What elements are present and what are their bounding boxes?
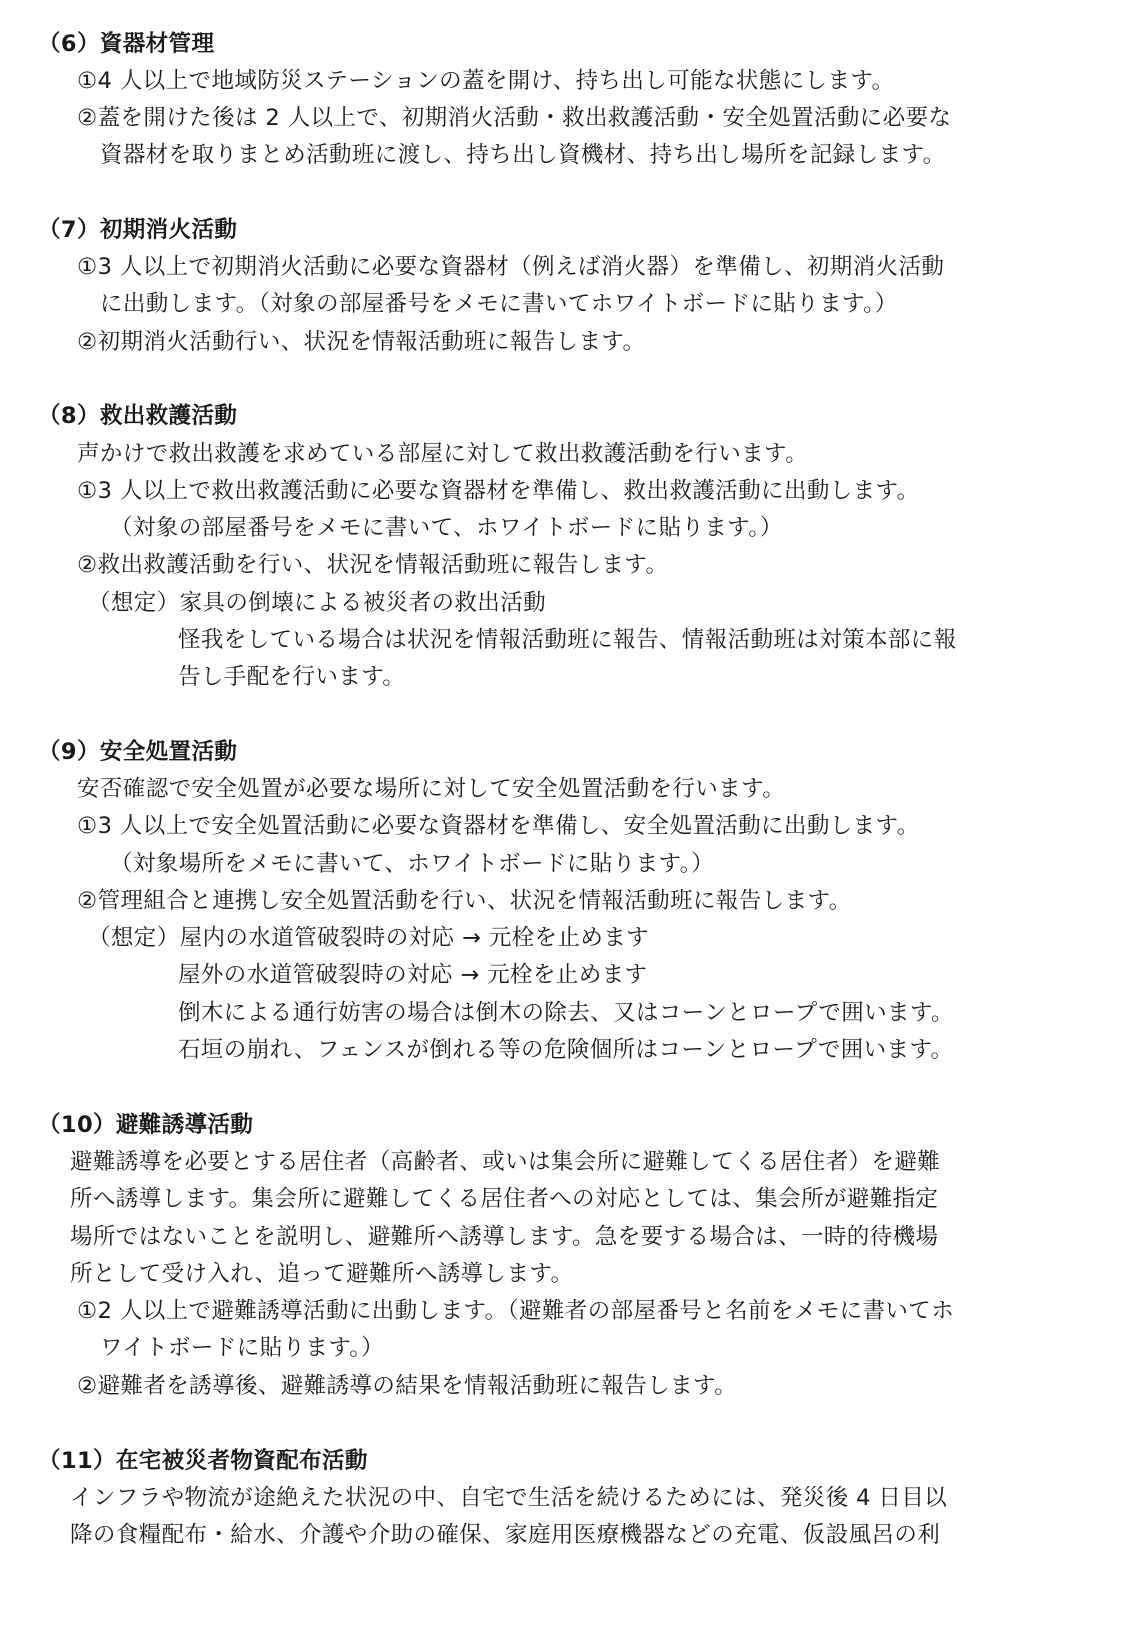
section-heading-11: （11）在宅被災者物資配布活動 bbox=[38, 1446, 368, 1476]
section-11-line-2: 降の食糧配布・給水、介護や介助の確保、家庭用医療機器などの充電、仮設風呂の利 bbox=[70, 1520, 940, 1550]
section-6-line-1: ①4 人以上で地域防災ステーションの蓋を開け、持ち出し可能な状態にします。 bbox=[77, 66, 894, 96]
section-8-line-2: ①3 人以上で救出救護活動に必要な資器材を準備し、救出救護活動に出動します。 bbox=[77, 476, 920, 506]
section-10-line-7: ②避難者を誘導後、避難誘導の結果を情報活動班に報告します。 bbox=[77, 1371, 737, 1401]
section-10-line-6: ワイトボードに貼ります。） bbox=[100, 1333, 384, 1363]
section-heading-10: （10）避難誘導活動 bbox=[38, 1110, 253, 1140]
section-9-line-3: （対象場所をメモに書いて、ホワイトボードに貼ります。） bbox=[110, 849, 714, 879]
section-8-line-4: ②救出救護活動を行い、状況を情報活動班に報告します。 bbox=[77, 550, 668, 580]
section-10-line-4: 所として受け入れ、追って避難所へ誘導します。 bbox=[70, 1259, 573, 1289]
section-8-line-7: 告し手配を行います。 bbox=[178, 662, 405, 692]
section-9-line-8: 石垣の崩れ、フェンスが倒れる等の危険個所はコーンとロープで囲います。 bbox=[178, 1035, 953, 1065]
section-9-line-6: 屋外の水道管破裂時の対応 → 元栓を止めます bbox=[178, 960, 647, 990]
section-11-line-1: インフラや物流が途絶えた状況の中、自宅で生活を続けるためには、発災後 4 日目以 bbox=[70, 1483, 947, 1513]
section-8-line-6: 怪我をしている場合は状況を情報活動班に報告、情報活動班は対策本部に報 bbox=[178, 625, 957, 655]
section-8-line-5: （想定）家具の倒壊による被災者の救出活動 bbox=[88, 588, 546, 618]
section-9-line-7: 倒木による通行妨害の場合は倒木の除去、又はコーンとロープで囲います。 bbox=[178, 998, 954, 1028]
section-heading-7: （7）初期消火活動 bbox=[38, 215, 237, 245]
section-6-line-3: 資器材を取りまとめ活動班に渡し、持ち出し資機材、持ち出し場所を記録します。 bbox=[100, 140, 946, 170]
section-heading-9: （9）安全処置活動 bbox=[38, 737, 237, 767]
section-10-line-1: 避難誘導を必要とする居住者（高齢者、或いは集会所に避難してくる居住者）を避難 bbox=[70, 1147, 940, 1177]
section-10-line-5: ①2 人以上で避難誘導活動に出動します。（避難者の部屋番号と名前をメモに書いてホ bbox=[77, 1296, 954, 1326]
section-10-line-3: 場所ではないことを説明し、避難所へ誘導します。急を要する場合は、一時的待機場 bbox=[70, 1222, 938, 1252]
section-6-line-2: ②蓋を開けた後は 2 人以上で、初期消火活動・救出救護活動・安全処置活動に必要な bbox=[77, 103, 951, 133]
section-7-line-3: ②初期消火活動行い、状況を情報活動班に報告します。 bbox=[77, 327, 645, 357]
section-9-line-4: ②管理組合と連携し安全処置活動を行い、状況を情報活動班に報告します。 bbox=[77, 886, 851, 916]
section-8-line-1: 声かけで救出救護を求めている部屋に対して救出救護活動を行います。 bbox=[77, 439, 808, 469]
section-heading-6: （6）資器材管理 bbox=[38, 29, 214, 59]
section-10-line-2: 所へ誘導します。集会所に避難してくる居住者への対応としては、集会所が避難指定 bbox=[70, 1184, 938, 1214]
section-9-line-1: 安否確認で安全処置が必要な場所に対して安全処置活動を行います。 bbox=[77, 774, 785, 804]
section-9-line-5: （想定）屋内の水道管破裂時の対応 → 元栓を止めます bbox=[88, 923, 649, 953]
section-7-line-1: ①3 人以上で初期消火活動に必要な資器材（例えば消火器）を準備し、初期消火活動 bbox=[77, 252, 944, 282]
section-heading-8: （8）救出救護活動 bbox=[38, 401, 237, 431]
section-8-line-3: （対象の部屋番号をメモに書いて、ホワイトボードに貼ります。） bbox=[110, 513, 783, 543]
section-7-line-2: に出動します。（対象の部屋番号をメモに書いてホワイトボードに貼ります。） bbox=[100, 289, 898, 319]
section-9-line-2: ①3 人以上で安全処置活動に必要な資器材を準備し、安全処置活動に出動します。 bbox=[77, 811, 920, 841]
